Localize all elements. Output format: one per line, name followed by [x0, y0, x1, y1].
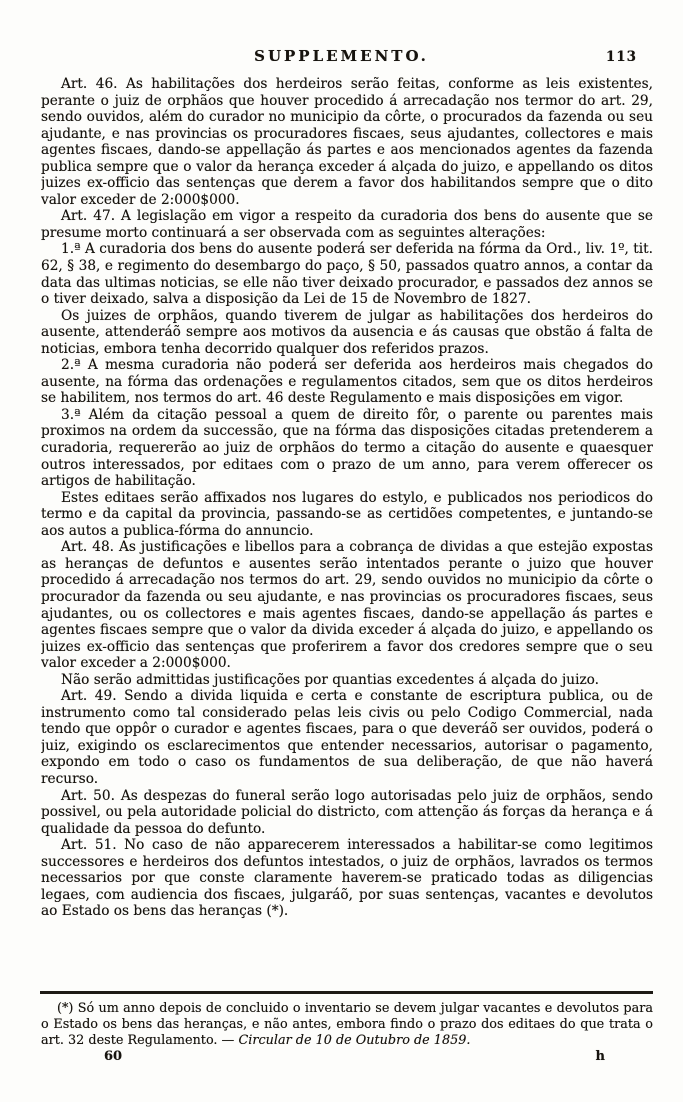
paragraph-art-50: Art. 50. As despezas do funeral serão lo…: [41, 788, 653, 838]
body-text-column: Art. 46. As habilitações dos herdeiros s…: [41, 76, 653, 987]
paragraph-art-49: Art. 49. Sendo a divida liquida e certa …: [41, 688, 653, 787]
footnote: (*) Só um anno depois de concluido o inv…: [41, 1001, 653, 1050]
paragraph-justificacoes: Não serão admittidas justificações por q…: [41, 672, 653, 689]
paragraph-clause-2: 2.ª A mesma curadoria não poderá ser def…: [41, 357, 653, 407]
signature-mark-right: h: [596, 1049, 605, 1064]
page-title: SUPPLEMENTO.: [0, 47, 683, 65]
paragraph-editaes: Estes editaes serão affixados nos lugare…: [41, 490, 653, 540]
page-number: 113: [606, 49, 637, 65]
paragraph-art-51: Art. 51. No caso de não apparecerem inte…: [41, 837, 653, 920]
running-head: SUPPLEMENTO. 113: [0, 47, 683, 69]
paragraph-juizes-orphaos: Os juizes de orphãos, quando tiverem de …: [41, 308, 653, 358]
footnote-citation: Circular de 10 de Outubro de 1859.: [238, 1033, 470, 1048]
paragraph-art-48: Art. 48. As justificações e libellos par…: [41, 539, 653, 671]
scanned-book-page: SUPPLEMENTO. 113 Art. 46. As habilitaçõe…: [0, 0, 683, 1102]
paragraph-clause-1: 1.ª A curadoria dos bens do ausente pode…: [41, 241, 653, 307]
paragraph-art-46: Art. 46. As habilitações dos herdeiros s…: [41, 76, 653, 208]
signature-mark-left: 60: [104, 1049, 122, 1064]
footnote-paragraph: (*) Só um anno depois de concluido o inv…: [41, 1001, 653, 1050]
footnote-divider: [40, 991, 653, 994]
paragraph-art-47: Art. 47. A legislação em vigor a respeit…: [41, 208, 653, 241]
paragraph-clause-3: 3.ª Além da citação pessoal a quem de di…: [41, 407, 653, 490]
